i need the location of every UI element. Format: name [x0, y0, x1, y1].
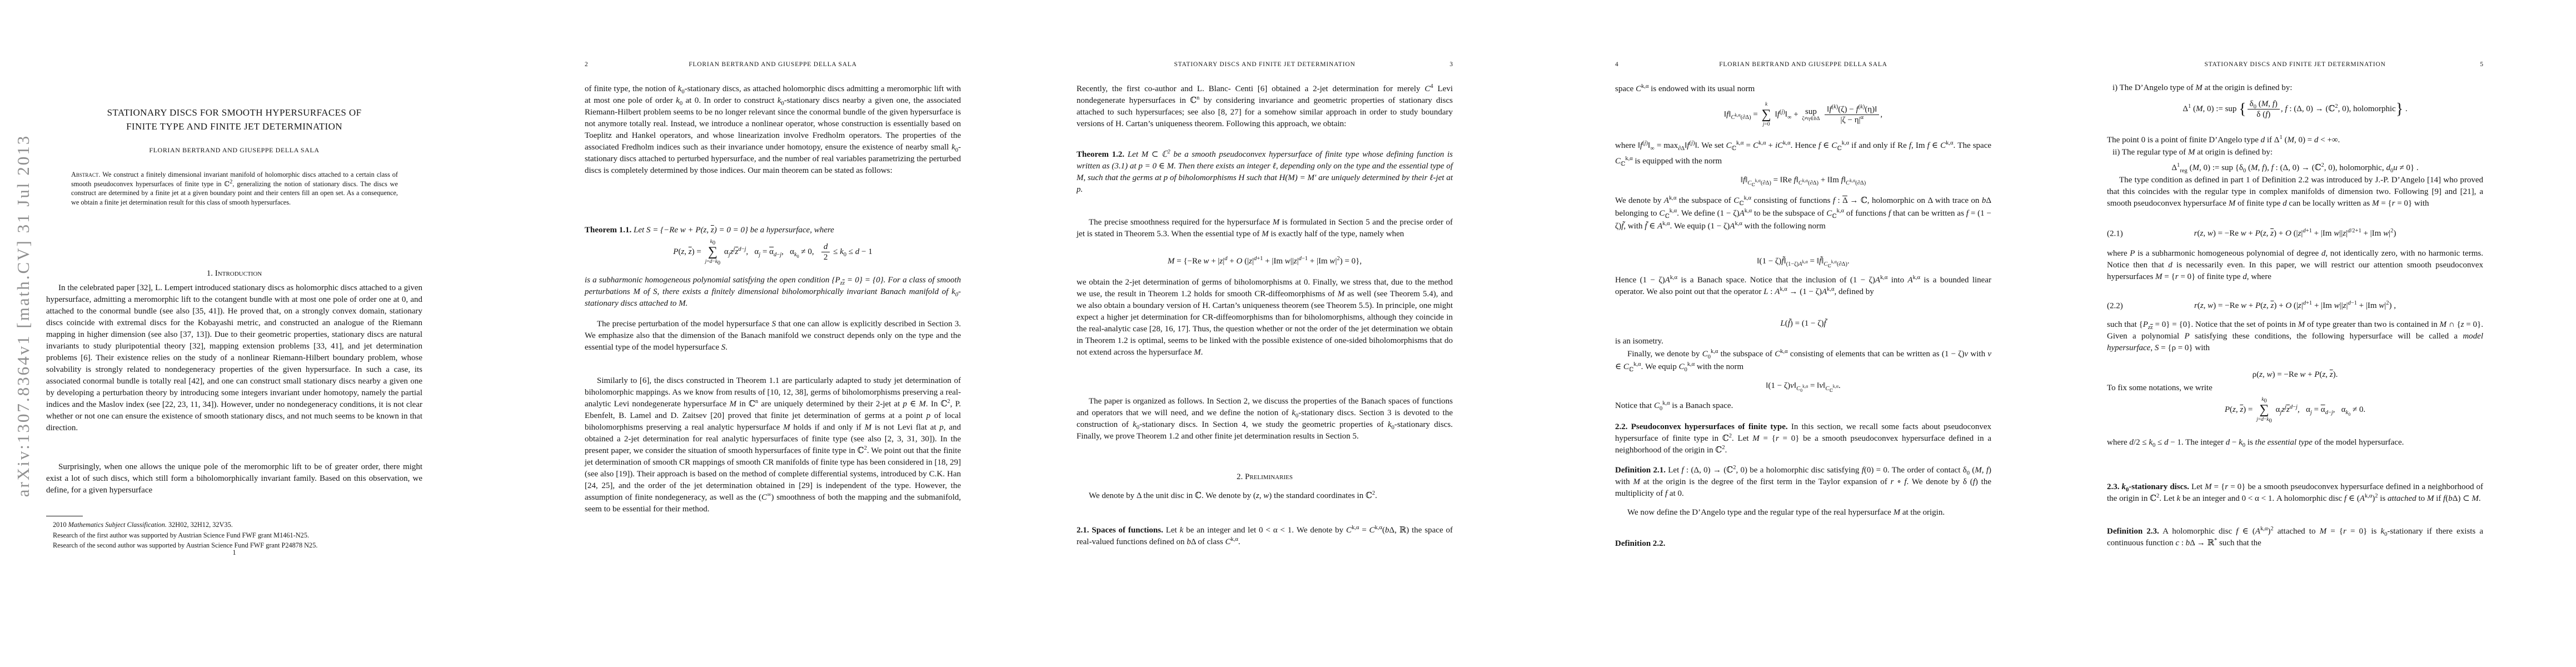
display-equation-rho: ρ(z, w) = −Re w + P(z, z).: [2107, 369, 2483, 381]
display-equation-2-1: (2.1) r(z, w) = −Re w + P(z, z) + O (|z|…: [2107, 228, 2483, 240]
item-i-dangelo-type: i) The D’Angelo type of M at the origin …: [2107, 82, 2489, 94]
subsection-2-3-k0-stationary-discs: 2.3. k0-stationary discs. Let M = {r = 0…: [2107, 481, 2483, 505]
line-is-an-isometry: is an isometry.: [1615, 336, 1991, 347]
para-where-norm: where ‖f(j)‖∞ = max∂Δ‖f(j)‖. We set Cℂk,…: [1615, 138, 1991, 169]
document-canvas: { "meta": { "watermark": "arXiv:1307.836…: [0, 0, 2576, 667]
line-C0-banach: Notice that C0k,α is a Banach space.: [1615, 400, 1991, 412]
display-equation-2-2: (2.2) r(z, w) = −Re w + P(z, z) + O (|z|…: [2107, 300, 2483, 312]
para-hence-banach: Hence (1 − ζ)Ak,α is a Banach space. Not…: [1615, 275, 1991, 298]
display-equation-model-M: M = {−Re w + |z|d + O (|z|d+1 + |Im w||z…: [1077, 256, 1453, 267]
subsection-2-2-pseudoconvex: 2.2. Pseudoconvex hypersurfaces of finit…: [1615, 421, 1991, 456]
equation-2-2-body: r(z, w) = −Re w + P(z, z) + O (|z|d+1 + …: [2194, 301, 2396, 310]
section-heading-introduction: 1. Introduction: [46, 269, 422, 278]
para-type-condition: The type condition as defined in part 1 …: [2107, 175, 2483, 210]
para-such-that: such that {Pzz = 0} = {0}. Notice that t…: [2107, 319, 2483, 354]
page-number-4: 4: [1615, 61, 1618, 68]
page-2: 2 FLORIAN BERTRAND AND GIUSEPPE DELLA SA…: [515, 0, 1030, 667]
display-equation-complex-norm: ‖f‖Cℂk,α(∂Δ) = ‖Re f‖Ck,α(∂Δ) + ‖Im f‖Ck…: [1615, 175, 1991, 186]
display-equation-holder-norm: ‖f‖Ck,α(∂Δ) = k∑j=0 ‖f(j)‖∞ + supζ≠η∈bΔ …: [1615, 102, 1991, 128]
authors-line: FLORIAN BERTRAND AND GIUSEPPE DELLA SALA: [46, 146, 422, 155]
para-finally-C0: Finally, we denote by C0k,α the subspace…: [1615, 348, 1991, 374]
para-where-P-subharmonic: where P is a subharmonic homogeneous pol…: [2107, 248, 2483, 283]
running-head-page-2: 2 FLORIAN BERTRAND AND GIUSEPPE DELLA SA…: [585, 61, 961, 68]
para-similarly-to-6: Similarly to [6], the discs constructed …: [585, 375, 961, 515]
item-ii-regular-type: ii) The regular type of M at origin is d…: [2107, 147, 2489, 158]
intro-paragraph-1: In the celebrated paper [32], L. Lempert…: [46, 282, 422, 434]
definition-2-3: Definition 2.3. A holomorphic disc f ∈ (…: [2107, 526, 2483, 549]
page-number-5: 5: [2480, 61, 2483, 68]
para-denote-A: We denote by Ak,α the subspace of Cℂk,α …: [1615, 195, 1991, 233]
equation-2-1-body: r(z, w) = −Re w + P(z, z) + O (|z|d+1 + …: [2194, 229, 2396, 238]
page-1: arXiv:1307.8364v1 [math.CV] 31 Jul 2013 …: [0, 0, 515, 667]
line-usual-norm: space Ck,α is endowed with its usual nor…: [1615, 83, 1991, 95]
page-5: STATIONARY DISCS AND FINITE JET DETERMIN…: [2061, 0, 2576, 667]
para-precise-perturbation: The precise perturbation of the model hy…: [585, 318, 961, 354]
para-k0-stationary-intro: of finite type, the notion of k0-station…: [585, 83, 961, 177]
line-finite-type-point: The point 0 is a point of finite D’Angel…: [2107, 135, 2483, 146]
theorem-1-1-head: Theorem 1.1. Let S = {−Re w + P(z, z) = …: [585, 225, 961, 236]
footnote-grant-1: Research of the first author was support…: [46, 530, 422, 541]
running-title-authors: FLORIAN BERTRAND AND GIUSEPPE DELLA SALA: [1719, 61, 1887, 68]
para-precise-smoothness: The precise smoothness required for the …: [1077, 217, 1453, 240]
paper-title: STATIONARY DISCS FOR SMOOTH HYPERSURFACE…: [46, 106, 422, 133]
section-heading-preliminaries: 2. Preliminaries: [1077, 472, 1453, 482]
para-paper-organized: The paper is organized as follows. In Se…: [1077, 396, 1453, 442]
para-we-obtain-2jet: we obtain the 2-jet determination of ger…: [1077, 277, 1453, 359]
running-head-page-3: STATIONARY DISCS AND FINITE JET DETERMIN…: [1077, 61, 1453, 68]
equation-number-2-2: (2.2): [2107, 300, 2123, 312]
footnotes: 2010 Mathematics Subject Classification.…: [46, 516, 422, 551]
subsection-2-1-spaces-of-functions: 2.1. Spaces of functions. Let k be an in…: [1077, 525, 1453, 548]
arxiv-watermark: arXiv:1307.8364v1 [math.CV] 31 Jul 2013: [13, 66, 36, 566]
footnote-msc: 2010 Mathematics Subject Classification.…: [46, 520, 422, 530]
intro-paragraph-2: Surprisingly, when one allows the unique…: [46, 461, 422, 496]
page-number-2: 2: [585, 61, 588, 68]
para-essential-type: where d/2 ≤ k0 ≤ d − 1. The integer d − …: [2107, 437, 2483, 449]
equation-number-2-1: (2.1): [2107, 228, 2123, 240]
running-title-short: STATIONARY DISCS AND FINITE JET DETERMIN…: [1174, 61, 1355, 68]
running-title-short: STATIONARY DISCS AND FINITE JET DETERMIN…: [2204, 61, 2385, 68]
para-unit-disc: We denote by Δ the unit disc in ℂ. We de…: [1077, 490, 1453, 502]
paper-title-line-1: STATIONARY DISCS FOR SMOOTH HYPERSURFACE…: [46, 106, 422, 120]
footnote-rule: [46, 516, 83, 516]
display-equation-L-operator: L(f̃) = (1 − ζ)f̃: [1615, 318, 1991, 330]
abstract: Abstract. We construct a finitely dimens…: [71, 170, 398, 207]
display-equation-regular-type: Δ1reg (M, 0) := sup {δ0 (M, f), f : (Δ, …: [2107, 162, 2483, 174]
theorem-1-2: Theorem 1.2. Let M ⊂ ℂ2 be a smooth pseu…: [1077, 149, 1453, 196]
display-equation-p-sum: P(z, z) = k0∑j=d−k0 αjzjzd−j, αj = αd−j,…: [585, 239, 961, 265]
page-4: 4 FLORIAN BERTRAND AND GIUSEPPE DELLA SA…: [1546, 0, 2061, 667]
paper-title-line-2: FINITE TYPE AND FINITE JET DETERMINATION: [46, 120, 422, 133]
running-head-page-5: STATIONARY DISCS AND FINITE JET DETERMIN…: [2107, 61, 2483, 68]
theorem-1-1-body: is a subharmonic homogeneous polynomial …: [585, 275, 961, 310]
page-3: STATIONARY DISCS AND FINITE JET DETERMIN…: [1030, 0, 1546, 667]
definition-2-2-label: Definition 2.2.: [1615, 538, 1991, 550]
para-recently: Recently, the first co-author and L. Bla…: [1077, 83, 1453, 130]
running-head-page-4: 4 FLORIAN BERTRAND AND GIUSEPPE DELLA SA…: [1615, 61, 1991, 68]
display-equation-v-norm: ‖(1 − ζ)v‖C0k,α = ‖v‖Cℂk,α.: [1615, 380, 1991, 392]
page-number-1: 1: [46, 549, 422, 557]
para-dangelo-type-intro: We now define the D’Angelo type and the …: [1615, 507, 1991, 519]
definition-2-1: Definition 2.1. Let f : (Δ, 0) → (ℂ2, 0)…: [1615, 465, 1991, 500]
line-to-fix-notations: To fix some notations, we write: [2107, 382, 2483, 394]
running-title-authors: FLORIAN BERTRAND AND GIUSEPPE DELLA SALA: [689, 61, 857, 68]
page-number-3: 3: [1449, 61, 1453, 68]
display-equation-1-minus-zeta-norm: ‖(1 − ζ)f̃‖(1−ζ)Ak,α = ‖f̃‖Cℂk,α(∂Δ).: [1615, 256, 1991, 267]
display-equation-dangelo-type: Δ1 (M, 0) := sup {δ0 (M, f)δ (f), f : (Δ…: [2107, 99, 2483, 120]
display-equation-p-sum-2: P(z, z) = k0∑j=d−k0 αjzjzd−j, αj = αd−j,…: [2107, 397, 2483, 423]
